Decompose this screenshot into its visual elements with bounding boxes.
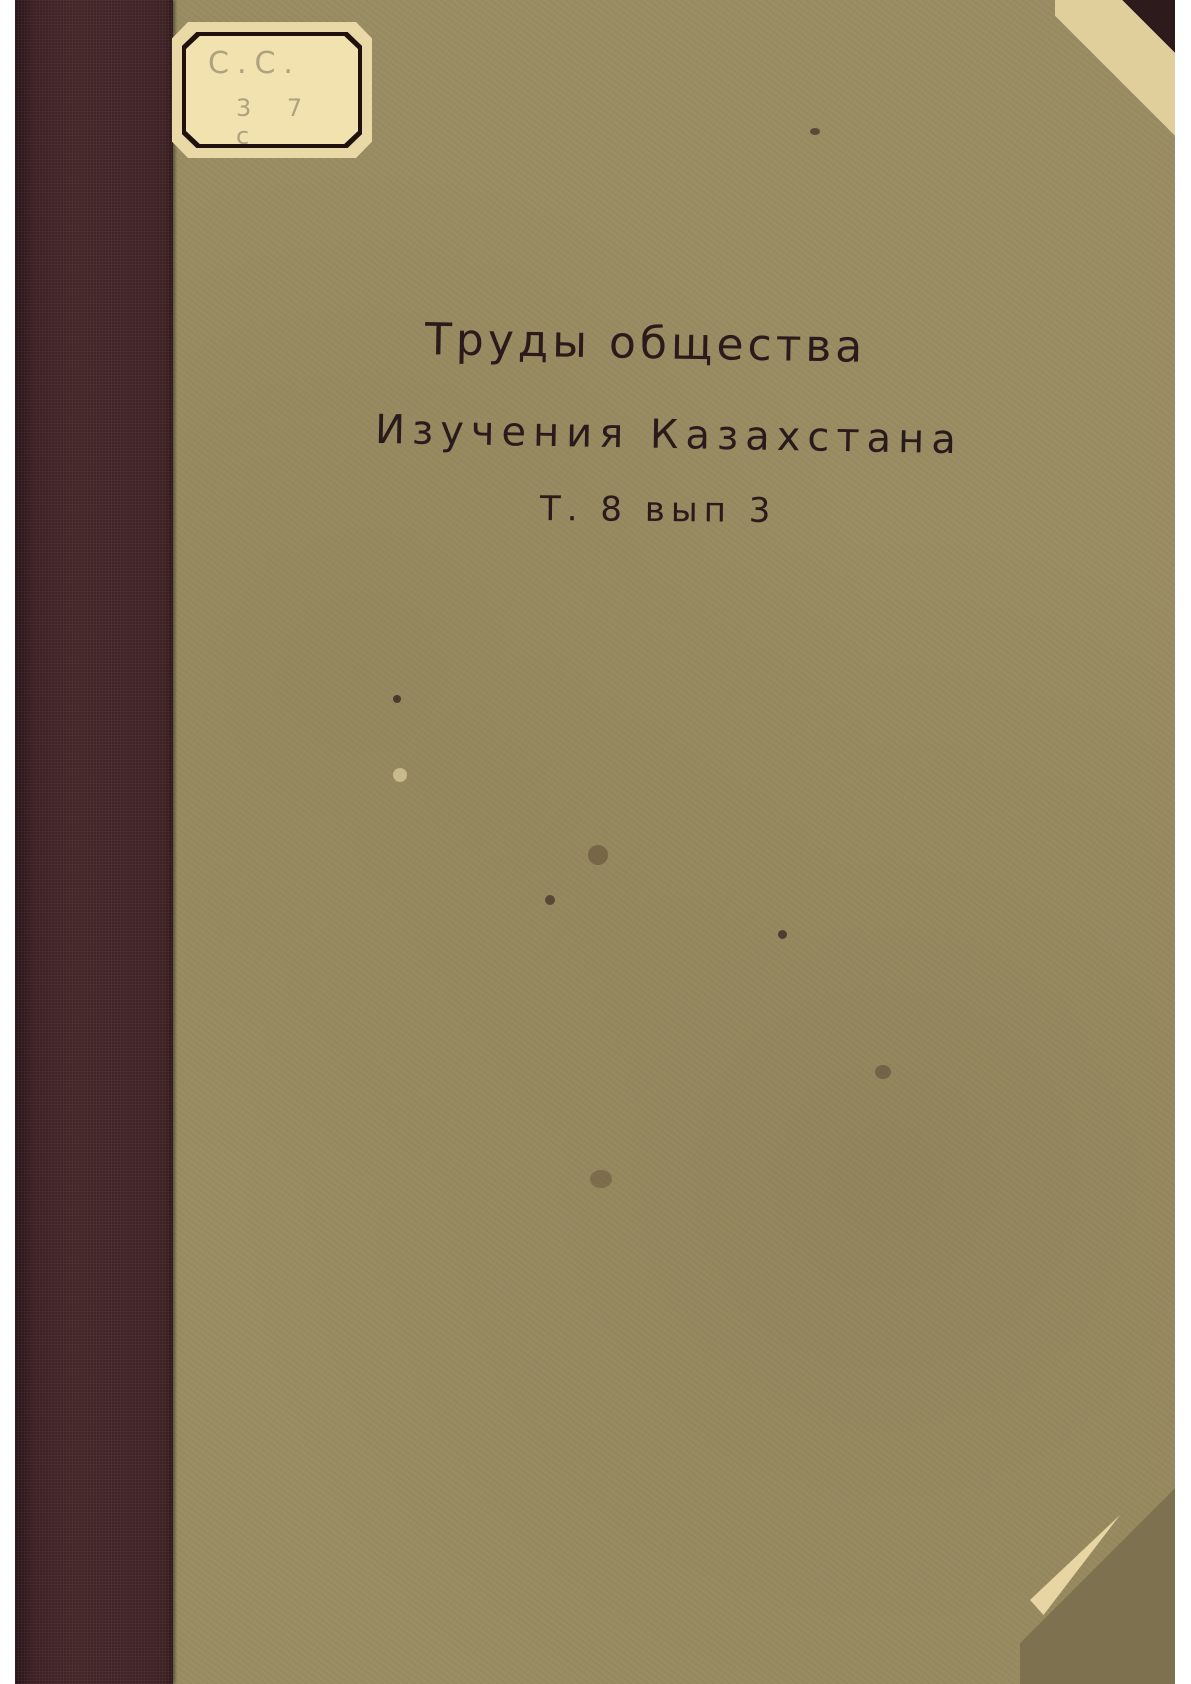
worn-corner-bottom-right — [1020, 1470, 1191, 1684]
cloth-spine — [15, 0, 173, 1684]
title-line-3-volume: Т. 8 вып 3 — [540, 489, 777, 531]
stain-spot — [875, 1065, 891, 1079]
library-label: С.С. 3 7 с — [186, 36, 358, 144]
book-cover — [15, 0, 1175, 1684]
stain-spot — [393, 695, 401, 703]
stain-spot — [545, 895, 555, 905]
stain-spot — [393, 768, 407, 782]
stain-spot — [810, 128, 820, 135]
label-shelfmark-line2: 3 7 с — [236, 94, 358, 150]
stain-spot — [590, 1170, 612, 1188]
title-line-1: Труды общества — [425, 314, 867, 373]
stain-spot — [778, 930, 787, 939]
worn-corner-top-right — [1055, 0, 1191, 140]
page-margin-right — [1175, 0, 1191, 1684]
stain-spot — [588, 845, 608, 865]
label-shelfmark-line1: С.С. — [208, 46, 301, 81]
